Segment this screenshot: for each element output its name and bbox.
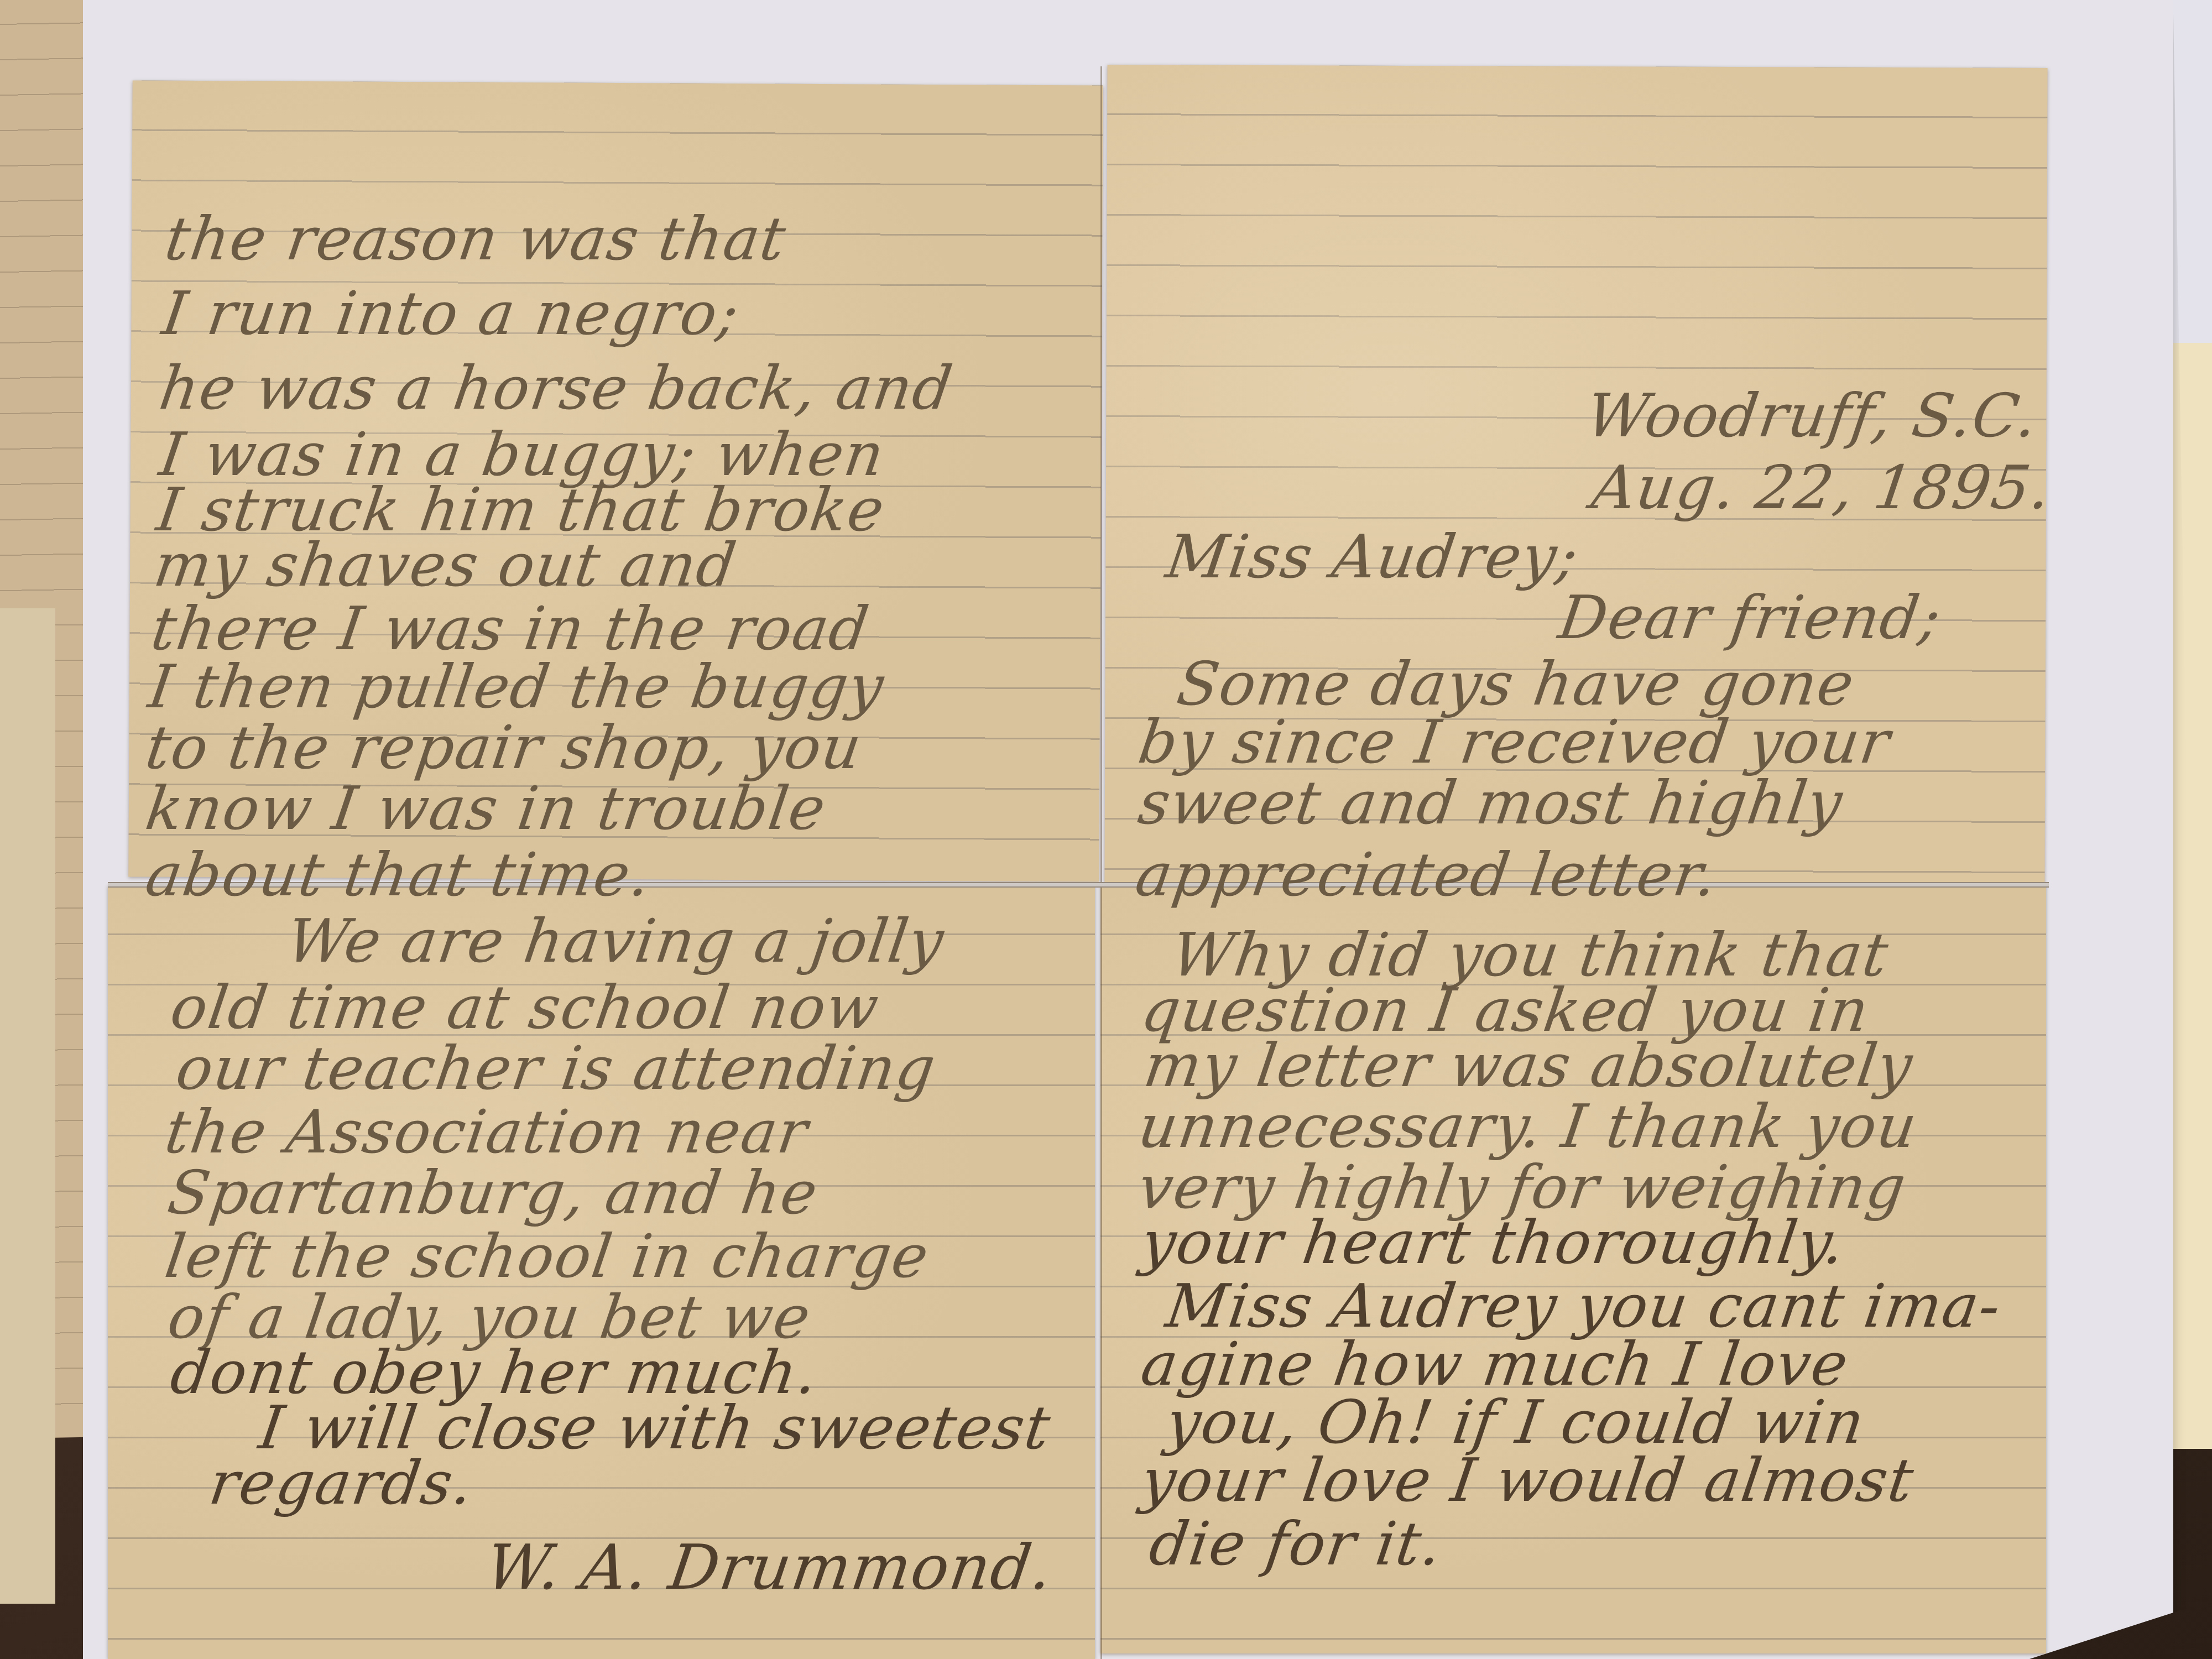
handwritten-line: We are having a jolly [283, 907, 948, 976]
handwritten-line: unnecessary. I thank you [1134, 1092, 1922, 1161]
handwritten-line: left the school in charge [161, 1222, 933, 1291]
handwritten-line: your love I would almost [1137, 1446, 1918, 1515]
background-letter-left-lower [0, 608, 55, 1604]
letter-place: Woodruff, S.C. [1582, 382, 2042, 451]
handwritten-line: the Association near [161, 1098, 812, 1167]
handwritten-line: our teacher is attending [172, 1034, 940, 1103]
letter-date: Aug. 22, 1895. [1588, 453, 2056, 523]
signature: W. A. Drummond. [482, 1532, 1058, 1604]
handwritten-line: old time at school now [166, 973, 884, 1042]
handwritten-line: die for it. [1145, 1510, 1447, 1579]
handwritten-line: Spartanburg, and he [164, 1159, 822, 1228]
handwritten-line: the reason was that [161, 205, 790, 274]
handwritten-line: know I was in trouble [142, 774, 831, 843]
handwritten-line: appreciated letter. [1131, 841, 1721, 910]
handwritten-line: my letter was absolutely [1140, 1031, 1917, 1100]
handwritten-line: he was a horse back, and [155, 354, 957, 423]
letter-greeting: Dear friend; [1554, 583, 1946, 653]
handwritten-line: by since I received your [1134, 708, 1895, 777]
handwritten-line: sweet and most highly [1134, 769, 1847, 838]
handwritten-line: I then pulled the buggy [144, 653, 889, 722]
handwritten-line: about that time. [142, 841, 655, 910]
handwritten-line: I run into a negro; [158, 279, 744, 348]
handwritten-line: regards. [205, 1449, 478, 1518]
vertical-fold [1100, 66, 1102, 1659]
handwritten-line: my shaves out and [150, 531, 741, 600]
handwritten-line: to the repair shop, you [142, 713, 866, 782]
letter-salutation: Miss Audrey; [1162, 523, 1583, 592]
handwritten-line: your heart thoroughly. [1137, 1208, 1850, 1277]
